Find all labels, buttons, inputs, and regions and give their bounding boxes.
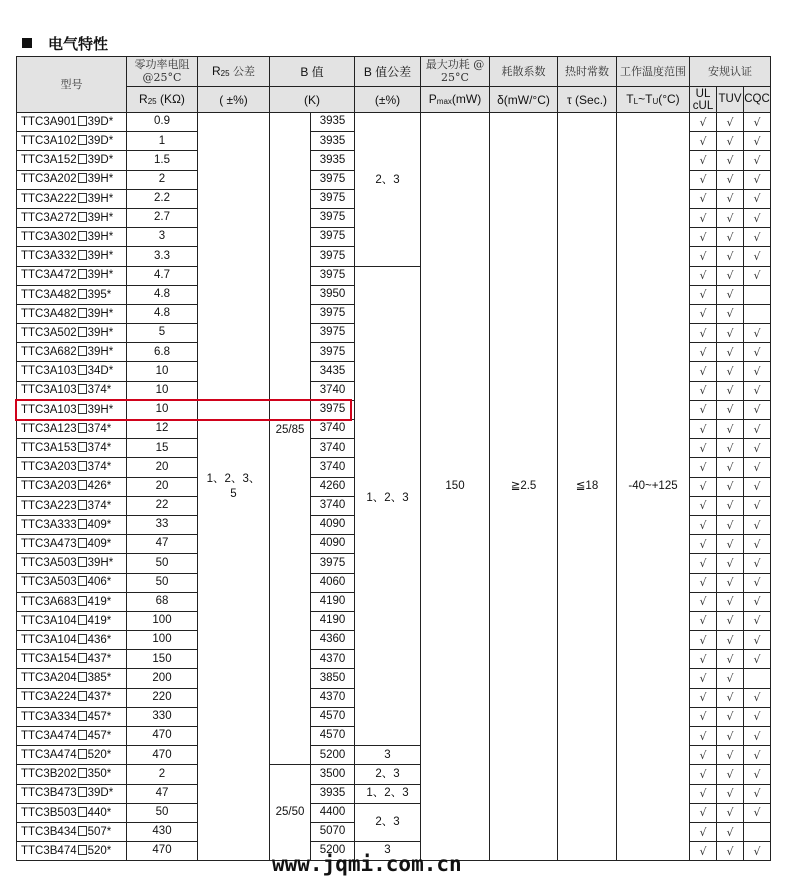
check-mark-icon: √ (753, 212, 760, 225)
b-tolerance-cell: 2、3 (355, 765, 421, 784)
check-mark-icon: √ (699, 307, 706, 320)
resistance-cell: 33 (127, 515, 198, 534)
blank-box-icon (78, 135, 87, 145)
cqc-cert-cell: √ (744, 535, 771, 554)
model-suffix: 39H* (88, 308, 114, 320)
check-mark-icon: √ (699, 346, 706, 359)
model-cell: TTC3A153374* (17, 439, 127, 458)
resistance-cell: 50 (127, 803, 198, 822)
model-prefix: TTC3A202 (21, 173, 77, 185)
check-mark-icon: √ (726, 212, 733, 225)
tuv-cert-cell: √ (717, 727, 744, 746)
check-mark-icon: √ (753, 845, 760, 858)
model-suffix: 440* (88, 807, 112, 819)
b-value-cell: 4060 (311, 573, 355, 592)
header-model: 型号 (17, 57, 127, 113)
check-mark-icon: √ (726, 327, 733, 340)
tuv-cert-cell: √ (717, 228, 744, 247)
b-temp-cell: 25/50 (270, 765, 311, 861)
electrical-characteristics-table: 型号 零功率电阻 @25°C R25 公差 B 值 B 值公差 最大功耗 @ 2… (16, 56, 771, 861)
ul-cert-cell: √ (690, 746, 717, 765)
model-suffix: 374* (88, 442, 112, 454)
check-mark-icon: √ (699, 653, 706, 666)
resistance-cell: 50 (127, 573, 198, 592)
model-suffix: 34D* (88, 365, 114, 377)
b-value-cell: 3850 (311, 669, 355, 688)
check-mark-icon: √ (753, 576, 760, 589)
ul-cert-cell: √ (690, 400, 717, 419)
model-cell: TTC3A224437* (17, 688, 127, 707)
b-value-cell: 5070 (311, 822, 355, 841)
model-cell: TTC3A48239H* (17, 304, 127, 323)
model-suffix: 437* (88, 691, 112, 703)
cqc-cert-cell: √ (744, 554, 771, 573)
check-mark-icon: √ (753, 173, 760, 186)
b-value-cell: 3975 (311, 208, 355, 227)
cqc-cert-cell: √ (744, 247, 771, 266)
check-mark-icon: √ (726, 538, 733, 551)
resistance-cell: 1.5 (127, 151, 198, 170)
blank-box-icon (78, 519, 87, 529)
check-mark-icon: √ (726, 557, 733, 570)
cqc-cert-cell: √ (744, 650, 771, 669)
tuv-cert-cell: √ (717, 362, 744, 381)
check-mark-icon: √ (726, 691, 733, 704)
b-value-cell: 3935 (311, 151, 355, 170)
check-mark-icon: √ (753, 231, 760, 244)
model-cell: TTC3A10239D* (17, 132, 127, 151)
b-tolerance-cell: 2、3 (355, 803, 421, 841)
model-cell: TTC3A473409* (17, 535, 127, 554)
cqc-cert-cell: √ (744, 113, 771, 132)
model-suffix: 520* (88, 749, 112, 761)
b-value-cell: 5200 (311, 746, 355, 765)
blank-box-icon (78, 730, 87, 740)
check-mark-icon: √ (726, 442, 733, 455)
check-mark-icon: √ (753, 327, 760, 340)
ul-cert-cell: √ (690, 688, 717, 707)
check-mark-icon: √ (753, 538, 760, 551)
ul-cert-cell: √ (690, 842, 717, 861)
check-mark-icon: √ (753, 461, 760, 474)
header-resistance-unit: R25 (KΩ) (127, 87, 198, 113)
blank-box-icon (78, 116, 87, 126)
check-mark-icon: √ (753, 499, 760, 512)
check-mark-icon: √ (726, 480, 733, 493)
check-mark-icon: √ (726, 653, 733, 666)
check-mark-icon: √ (726, 154, 733, 167)
time-constant-cell: ≦18 (558, 113, 617, 861)
cqc-cert-cell: √ (744, 362, 771, 381)
check-mark-icon: √ (753, 634, 760, 647)
resistance-cell: 6.8 (127, 343, 198, 362)
check-mark-icon: √ (753, 787, 760, 800)
blank-box-icon (78, 193, 87, 203)
model-cell: TTC3A154437* (17, 650, 127, 669)
blank-box-icon (78, 327, 87, 337)
check-mark-icon: √ (699, 288, 706, 301)
model-suffix: 39D* (88, 135, 114, 147)
model-cell: TTC3B474520* (17, 842, 127, 861)
section-title-text: 电气特性 (48, 35, 108, 53)
check-mark-icon: √ (753, 691, 760, 704)
check-mark-icon: √ (753, 192, 760, 205)
tuv-cert-cell: √ (717, 170, 744, 189)
model-cell: TTC3B434507* (17, 822, 127, 841)
check-mark-icon: √ (753, 595, 760, 608)
model-suffix: 385* (88, 672, 112, 684)
check-mark-icon: √ (726, 672, 733, 685)
check-mark-icon: √ (699, 403, 706, 416)
b-value-cell: 3740 (311, 458, 355, 477)
resistance-cell: 2.2 (127, 189, 198, 208)
check-mark-icon: √ (726, 519, 733, 532)
tuv-cert-cell: √ (717, 247, 744, 266)
blank-box-icon (78, 691, 87, 701)
ul-cert-cell: √ (690, 381, 717, 400)
b-value-cell: 4400 (311, 803, 355, 822)
tuv-cert-cell: √ (717, 554, 744, 573)
cqc-cert-cell (744, 822, 771, 841)
check-mark-icon: √ (726, 595, 733, 608)
model-prefix: TTC3A203 (21, 480, 77, 492)
resistance-cell: 10 (127, 400, 198, 419)
ul-cert-cell: √ (690, 477, 717, 496)
check-mark-icon: √ (699, 499, 706, 512)
check-mark-icon: √ (699, 710, 706, 723)
ul-cert-cell: √ (690, 132, 717, 151)
check-mark-icon: √ (753, 442, 760, 455)
model-prefix: TTC3A223 (21, 500, 77, 512)
check-mark-icon: √ (726, 116, 733, 129)
model-prefix: TTC3A152 (21, 154, 77, 166)
model-cell: TTC3A27239H* (17, 208, 127, 227)
ul-cert-cell: √ (690, 458, 717, 477)
model-suffix: 39D* (88, 154, 114, 166)
model-suffix: 374* (88, 384, 112, 396)
model-suffix: 39H* (88, 193, 114, 205)
resistance-cell: 2.7 (127, 208, 198, 227)
resistance-cell: 470 (127, 727, 198, 746)
check-mark-icon: √ (726, 826, 733, 839)
cqc-cert-cell: √ (744, 266, 771, 285)
model-suffix: 39H* (88, 557, 114, 569)
tuv-cert-cell: √ (717, 343, 744, 362)
check-mark-icon: √ (753, 154, 760, 167)
ul-cert-cell: √ (690, 420, 717, 439)
tuv-cert-cell: √ (717, 688, 744, 707)
model-cell: TTC3A203374* (17, 458, 127, 477)
model-suffix: 406* (88, 576, 112, 588)
check-mark-icon: √ (753, 768, 760, 781)
tuv-cert-cell: √ (717, 669, 744, 688)
model-prefix: TTC3A204 (21, 672, 77, 684)
b-tolerance-cell: 2、3 (355, 113, 421, 267)
resistance-cell: 50 (127, 554, 198, 573)
check-mark-icon: √ (726, 365, 733, 378)
b-value-cell: 3740 (311, 496, 355, 515)
ul-cert-cell: √ (690, 554, 717, 573)
model-cell: TTC3B503440* (17, 803, 127, 822)
check-mark-icon: √ (699, 806, 706, 819)
tuv-cert-cell: √ (717, 458, 744, 477)
model-cell: TTC3A482395* (17, 285, 127, 304)
model-prefix: TTC3B503 (21, 807, 77, 819)
blank-box-icon (78, 538, 87, 548)
resistance-cell: 20 (127, 458, 198, 477)
check-mark-icon: √ (699, 538, 706, 551)
b-value-cell: 4190 (311, 611, 355, 630)
check-mark-icon: √ (753, 730, 760, 743)
check-mark-icon: √ (699, 384, 706, 397)
cqc-cert-cell (744, 304, 771, 323)
model-suffix: 374* (88, 461, 112, 473)
cqc-cert-cell: √ (744, 228, 771, 247)
ul-cert-cell: √ (690, 727, 717, 746)
model-cell: TTC3A10334D* (17, 362, 127, 381)
model-prefix: TTC3A272 (21, 212, 77, 224)
blank-box-icon (78, 749, 87, 759)
model-suffix: 39H* (88, 173, 114, 185)
tuv-cert-cell: √ (717, 113, 744, 132)
check-mark-icon: √ (699, 116, 706, 129)
header-dissipation-unit: δ(mW/°C) (490, 87, 558, 113)
model-cell: TTC3A104419* (17, 611, 127, 630)
b-temp-cell: 25/85 (270, 113, 311, 765)
header-temp-range-unit: TL~TU(°C) (617, 87, 690, 113)
check-mark-icon: √ (699, 192, 706, 205)
cqc-cert-cell: √ (744, 170, 771, 189)
model-suffix: 374* (88, 500, 112, 512)
cqc-cert-cell (744, 285, 771, 304)
header-dissipation: 耗散系数 (490, 57, 558, 87)
check-mark-icon: √ (699, 749, 706, 762)
model-cell: TTC3A50339H* (17, 554, 127, 573)
check-mark-icon: √ (699, 519, 706, 532)
header-ul: UL cUL (690, 87, 717, 113)
resistance-cell: 200 (127, 669, 198, 688)
tuv-cert-cell: √ (717, 611, 744, 630)
b-value-cell: 3975 (311, 324, 355, 343)
model-suffix: 39H* (88, 327, 114, 339)
model-cell: TTC3A223374* (17, 496, 127, 515)
header-time-constant: 热时常数 (558, 57, 617, 87)
header-b-value: B 值 (270, 57, 355, 87)
b-value-cell: 3740 (311, 439, 355, 458)
blank-box-icon (78, 173, 87, 183)
model-suffix: 419* (88, 596, 112, 608)
ul-cert-cell: √ (690, 611, 717, 630)
blank-box-icon (78, 557, 87, 567)
check-mark-icon: √ (699, 135, 706, 148)
blank-box-icon (78, 615, 87, 625)
check-mark-icon: √ (726, 173, 733, 186)
ul-cert-cell: √ (690, 151, 717, 170)
cqc-cert-cell (744, 669, 771, 688)
check-mark-icon: √ (726, 576, 733, 589)
model-cell: TTC3A68239H* (17, 343, 127, 362)
check-mark-icon: √ (726, 288, 733, 301)
model-prefix: TTC3A474 (21, 730, 77, 742)
model-prefix: TTC3A482 (21, 289, 77, 301)
check-mark-icon: √ (753, 557, 760, 570)
model-prefix: TTC3A472 (21, 269, 77, 281)
blank-box-icon (78, 596, 87, 606)
resistance-cell: 3.3 (127, 247, 198, 266)
cqc-cert-cell: √ (744, 208, 771, 227)
tuv-cert-cell: √ (717, 803, 744, 822)
ul-cert-cell: √ (690, 535, 717, 554)
cqc-cert-cell: √ (744, 343, 771, 362)
b-tolerance-cell: 1、2、3 (355, 784, 421, 803)
check-mark-icon: √ (753, 519, 760, 532)
cqc-cert-cell: √ (744, 688, 771, 707)
check-mark-icon: √ (726, 499, 733, 512)
model-cell: TTC3A123374* (17, 420, 127, 439)
watermark: www.jqmi.com.cn (272, 852, 462, 876)
cqc-cert-cell: √ (744, 727, 771, 746)
check-mark-icon: √ (753, 749, 760, 762)
check-mark-icon: √ (753, 116, 760, 129)
check-mark-icon: √ (699, 442, 706, 455)
blank-box-icon (78, 404, 87, 414)
check-mark-icon: √ (726, 710, 733, 723)
header-b-value-unit: (K) (270, 87, 355, 113)
ul-cert-cell: √ (690, 324, 717, 343)
tuv-cert-cell: √ (717, 592, 744, 611)
header-b-tolerance: B 值公差 (355, 57, 421, 87)
model-prefix: TTC3A473 (21, 538, 77, 550)
model-suffix: 39H* (88, 346, 114, 358)
model-prefix: TTC3A474 (21, 749, 77, 761)
header-r25-tolerance: R25 公差 (198, 57, 270, 87)
blank-box-icon (78, 653, 87, 663)
model-prefix: TTC3A203 (21, 461, 77, 473)
resistance-cell: 20 (127, 477, 198, 496)
resistance-cell: 4.7 (127, 266, 198, 285)
tuv-cert-cell: √ (717, 381, 744, 400)
b-tolerance-cell: 1、2、3 (355, 266, 421, 746)
model-cell: TTC3A15239D* (17, 151, 127, 170)
b-value-cell: 3975 (311, 266, 355, 285)
model-prefix: TTC3A302 (21, 231, 77, 243)
cqc-cert-cell: √ (744, 631, 771, 650)
b-value-cell: 3935 (311, 132, 355, 151)
resistance-cell: 22 (127, 496, 198, 515)
model-prefix: TTC3B202 (21, 768, 77, 780)
check-mark-icon: √ (753, 423, 760, 436)
ul-cert-cell: √ (690, 247, 717, 266)
check-mark-icon: √ (726, 461, 733, 474)
tuv-cert-cell: √ (717, 420, 744, 439)
b-value-cell: 4360 (311, 631, 355, 650)
check-mark-icon: √ (726, 749, 733, 762)
blank-box-icon (78, 289, 87, 299)
check-mark-icon: √ (699, 154, 706, 167)
header-pmax: 最大功耗 @ 25°C (421, 57, 490, 87)
model-prefix: TTC3A103 (21, 384, 77, 396)
b-value-cell: 4570 (311, 727, 355, 746)
ul-cert-cell: √ (690, 343, 717, 362)
ul-cert-cell: √ (690, 765, 717, 784)
model-cell: TTC3A103374* (17, 381, 127, 400)
tuv-cert-cell: √ (717, 285, 744, 304)
resistance-cell: 100 (127, 631, 198, 650)
resistance-cell: 15 (127, 439, 198, 458)
model-suffix: 457* (88, 730, 112, 742)
blank-box-icon (78, 634, 87, 644)
cqc-cert-cell: √ (744, 151, 771, 170)
header-safety: 安规认证 (690, 57, 771, 87)
check-mark-icon: √ (753, 806, 760, 819)
tuv-cert-cell: √ (717, 400, 744, 419)
header-tuv: TUV (717, 87, 744, 113)
model-prefix: TTC3A683 (21, 596, 77, 608)
temp-range-cell: -40~+125 (617, 113, 690, 861)
model-prefix: TTC3A332 (21, 250, 77, 262)
cqc-cert-cell: √ (744, 400, 771, 419)
model-cell: TTC3A30239H* (17, 228, 127, 247)
b-value-cell: 3950 (311, 285, 355, 304)
check-mark-icon: √ (726, 250, 733, 263)
blank-box-icon (78, 442, 87, 452)
check-mark-icon: √ (699, 787, 706, 800)
ul-cert-cell: √ (690, 573, 717, 592)
blank-box-icon (78, 826, 87, 836)
tuv-cert-cell: √ (717, 189, 744, 208)
cqc-cert-cell: √ (744, 439, 771, 458)
check-mark-icon: √ (699, 250, 706, 263)
header-resistance: 零功率电阻 @25°C (127, 57, 198, 87)
tuv-cert-cell: √ (717, 477, 744, 496)
resistance-cell: 68 (127, 592, 198, 611)
b-value-cell: 3740 (311, 381, 355, 400)
model-cell: TTC3A90139D* (17, 113, 127, 132)
check-mark-icon: √ (726, 346, 733, 359)
b-value-cell: 3975 (311, 189, 355, 208)
check-mark-icon: √ (726, 192, 733, 205)
b-value-cell: 3500 (311, 765, 355, 784)
cqc-cert-cell: √ (744, 784, 771, 803)
model-prefix: TTC3B474 (21, 845, 77, 857)
cqc-cert-cell: √ (744, 803, 771, 822)
resistance-cell: 330 (127, 707, 198, 726)
check-mark-icon: √ (726, 845, 733, 858)
cqc-cert-cell: √ (744, 477, 771, 496)
b-value-cell: 3435 (311, 362, 355, 381)
ul-cert-cell: √ (690, 362, 717, 381)
check-mark-icon: √ (753, 346, 760, 359)
b-tolerance-cell: 3 (355, 746, 421, 765)
tuv-cert-cell: √ (717, 707, 744, 726)
ul-cert-cell: √ (690, 304, 717, 323)
check-mark-icon: √ (726, 307, 733, 320)
b-value-cell: 3740 (311, 420, 355, 439)
square-bullet-icon (22, 38, 32, 48)
cqc-cert-cell: √ (744, 189, 771, 208)
resistance-cell: 2 (127, 170, 198, 189)
resistance-cell: 10 (127, 362, 198, 381)
check-mark-icon: √ (726, 806, 733, 819)
blank-box-icon (78, 384, 87, 394)
tuv-cert-cell: √ (717, 573, 744, 592)
resistance-cell: 220 (127, 688, 198, 707)
model-cell: TTC3A10339H* (17, 400, 127, 419)
check-mark-icon: √ (699, 595, 706, 608)
check-mark-icon: √ (753, 384, 760, 397)
ul-cert-cell: √ (690, 113, 717, 132)
b-value-cell: 3975 (311, 554, 355, 573)
